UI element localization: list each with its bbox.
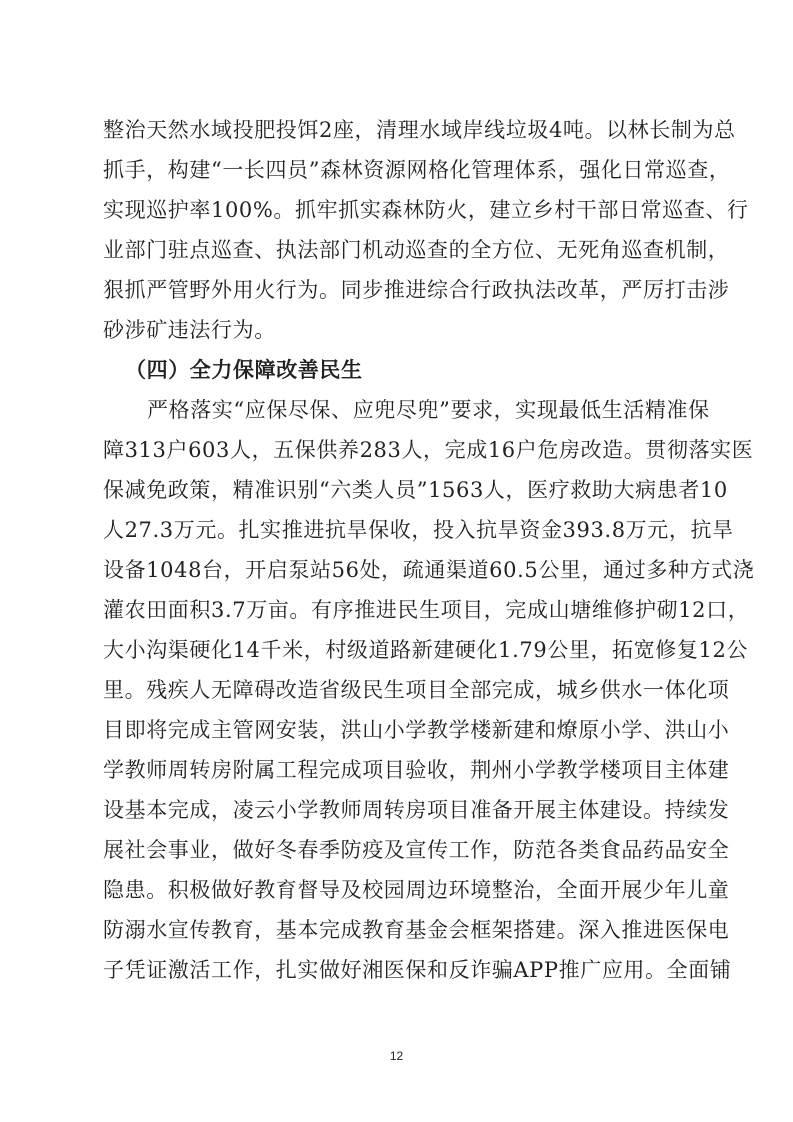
paragraph-line: 目即将完成主管网安装，洪山小学教学楼新建和燎原小学、洪山小 xyxy=(103,710,703,750)
paragraph-line: 设备1048台，开启泵站56处，疏通渠道60.5公里，通过多种方式浇 xyxy=(103,550,703,590)
paragraph-line: 学教师周转房附属工程完成项目验收，荆州小学教学楼项目主体建 xyxy=(103,750,703,790)
paragraph-line: 里。残疾人无障碍改造省级民生项目全部完成，城乡供水一体化项 xyxy=(103,670,703,710)
paragraph-line: 抓手，构建“一长四员”森林资源网格化管理体系，强化日常巡查， xyxy=(103,150,703,190)
paragraph-line: 业部门驻点巡查、执法部门机动巡查的全方位、无死角巡查机制， xyxy=(103,230,703,270)
paragraph-line: 灌农田面积3.7万亩。有序推进民生项目，完成山塘维修护砌12口， xyxy=(103,590,703,630)
paragraph-line: 大小沟渠硬化14千米，村级道路新建硬化1.79公里，拓宽修复12公 xyxy=(103,630,703,670)
body-text: 整治天然水域投肥投饵2座，清理水域岸线垃圾4吨。以林长制为总 抓手，构建“一长四… xyxy=(103,110,703,990)
paragraph-line: 严格落实“应保尽保、应兜尽兜”要求，实现最低生活精准保 xyxy=(103,390,703,430)
paragraph-line: 砂涉矿违法行为。 xyxy=(103,310,703,350)
paragraph-line: 狠抓严管野外用火行为。同步推进综合行政执法改革，严厉打击涉 xyxy=(103,270,703,310)
document-page: 整治天然水域投肥投饵2座，清理水域岸线垃圾4吨。以林长制为总 抓手，构建“一长四… xyxy=(0,0,793,1122)
paragraph-line: 展社会事业，做好冬春季防疫及宣传工作，防范各类食品药品安全 xyxy=(103,830,703,870)
paragraph-line: 保减免政策，精准识别“六类人员”1563人，医疗救助大病患者10 xyxy=(103,470,703,510)
paragraph-line: 设基本完成，凌云小学教师周转房项目准备开展主体建设。持续发 xyxy=(103,790,703,830)
paragraph-line: 人27.3万元。扎实推进抗旱保收，投入抗旱资金393.8万元，抗旱 xyxy=(103,510,703,550)
paragraph-line: 实现巡护率100%。抓牢抓实森林防火，建立乡村干部日常巡查、行 xyxy=(103,190,703,230)
paragraph-line: 障313户603人，五保供养283人，完成16户危房改造。贯彻落实医 xyxy=(103,430,703,470)
page-number: 12 xyxy=(0,1049,793,1063)
paragraph-line: 整治天然水域投肥投饵2座，清理水域岸线垃圾4吨。以林长制为总 xyxy=(103,110,703,150)
paragraph-line: 隐患。积极做好教育督导及校园周边环境整治，全面开展少年儿童 xyxy=(103,870,703,910)
section-heading: （四）全力保障改善民生 xyxy=(103,350,703,390)
paragraph-line: 防溺水宣传教育，基本完成教育基金会框架搭建。深入推进医保电 xyxy=(103,910,703,950)
paragraph-line: 子凭证激活工作，扎实做好湘医保和反诈骗APP推广应用。全面铺 xyxy=(103,950,703,990)
